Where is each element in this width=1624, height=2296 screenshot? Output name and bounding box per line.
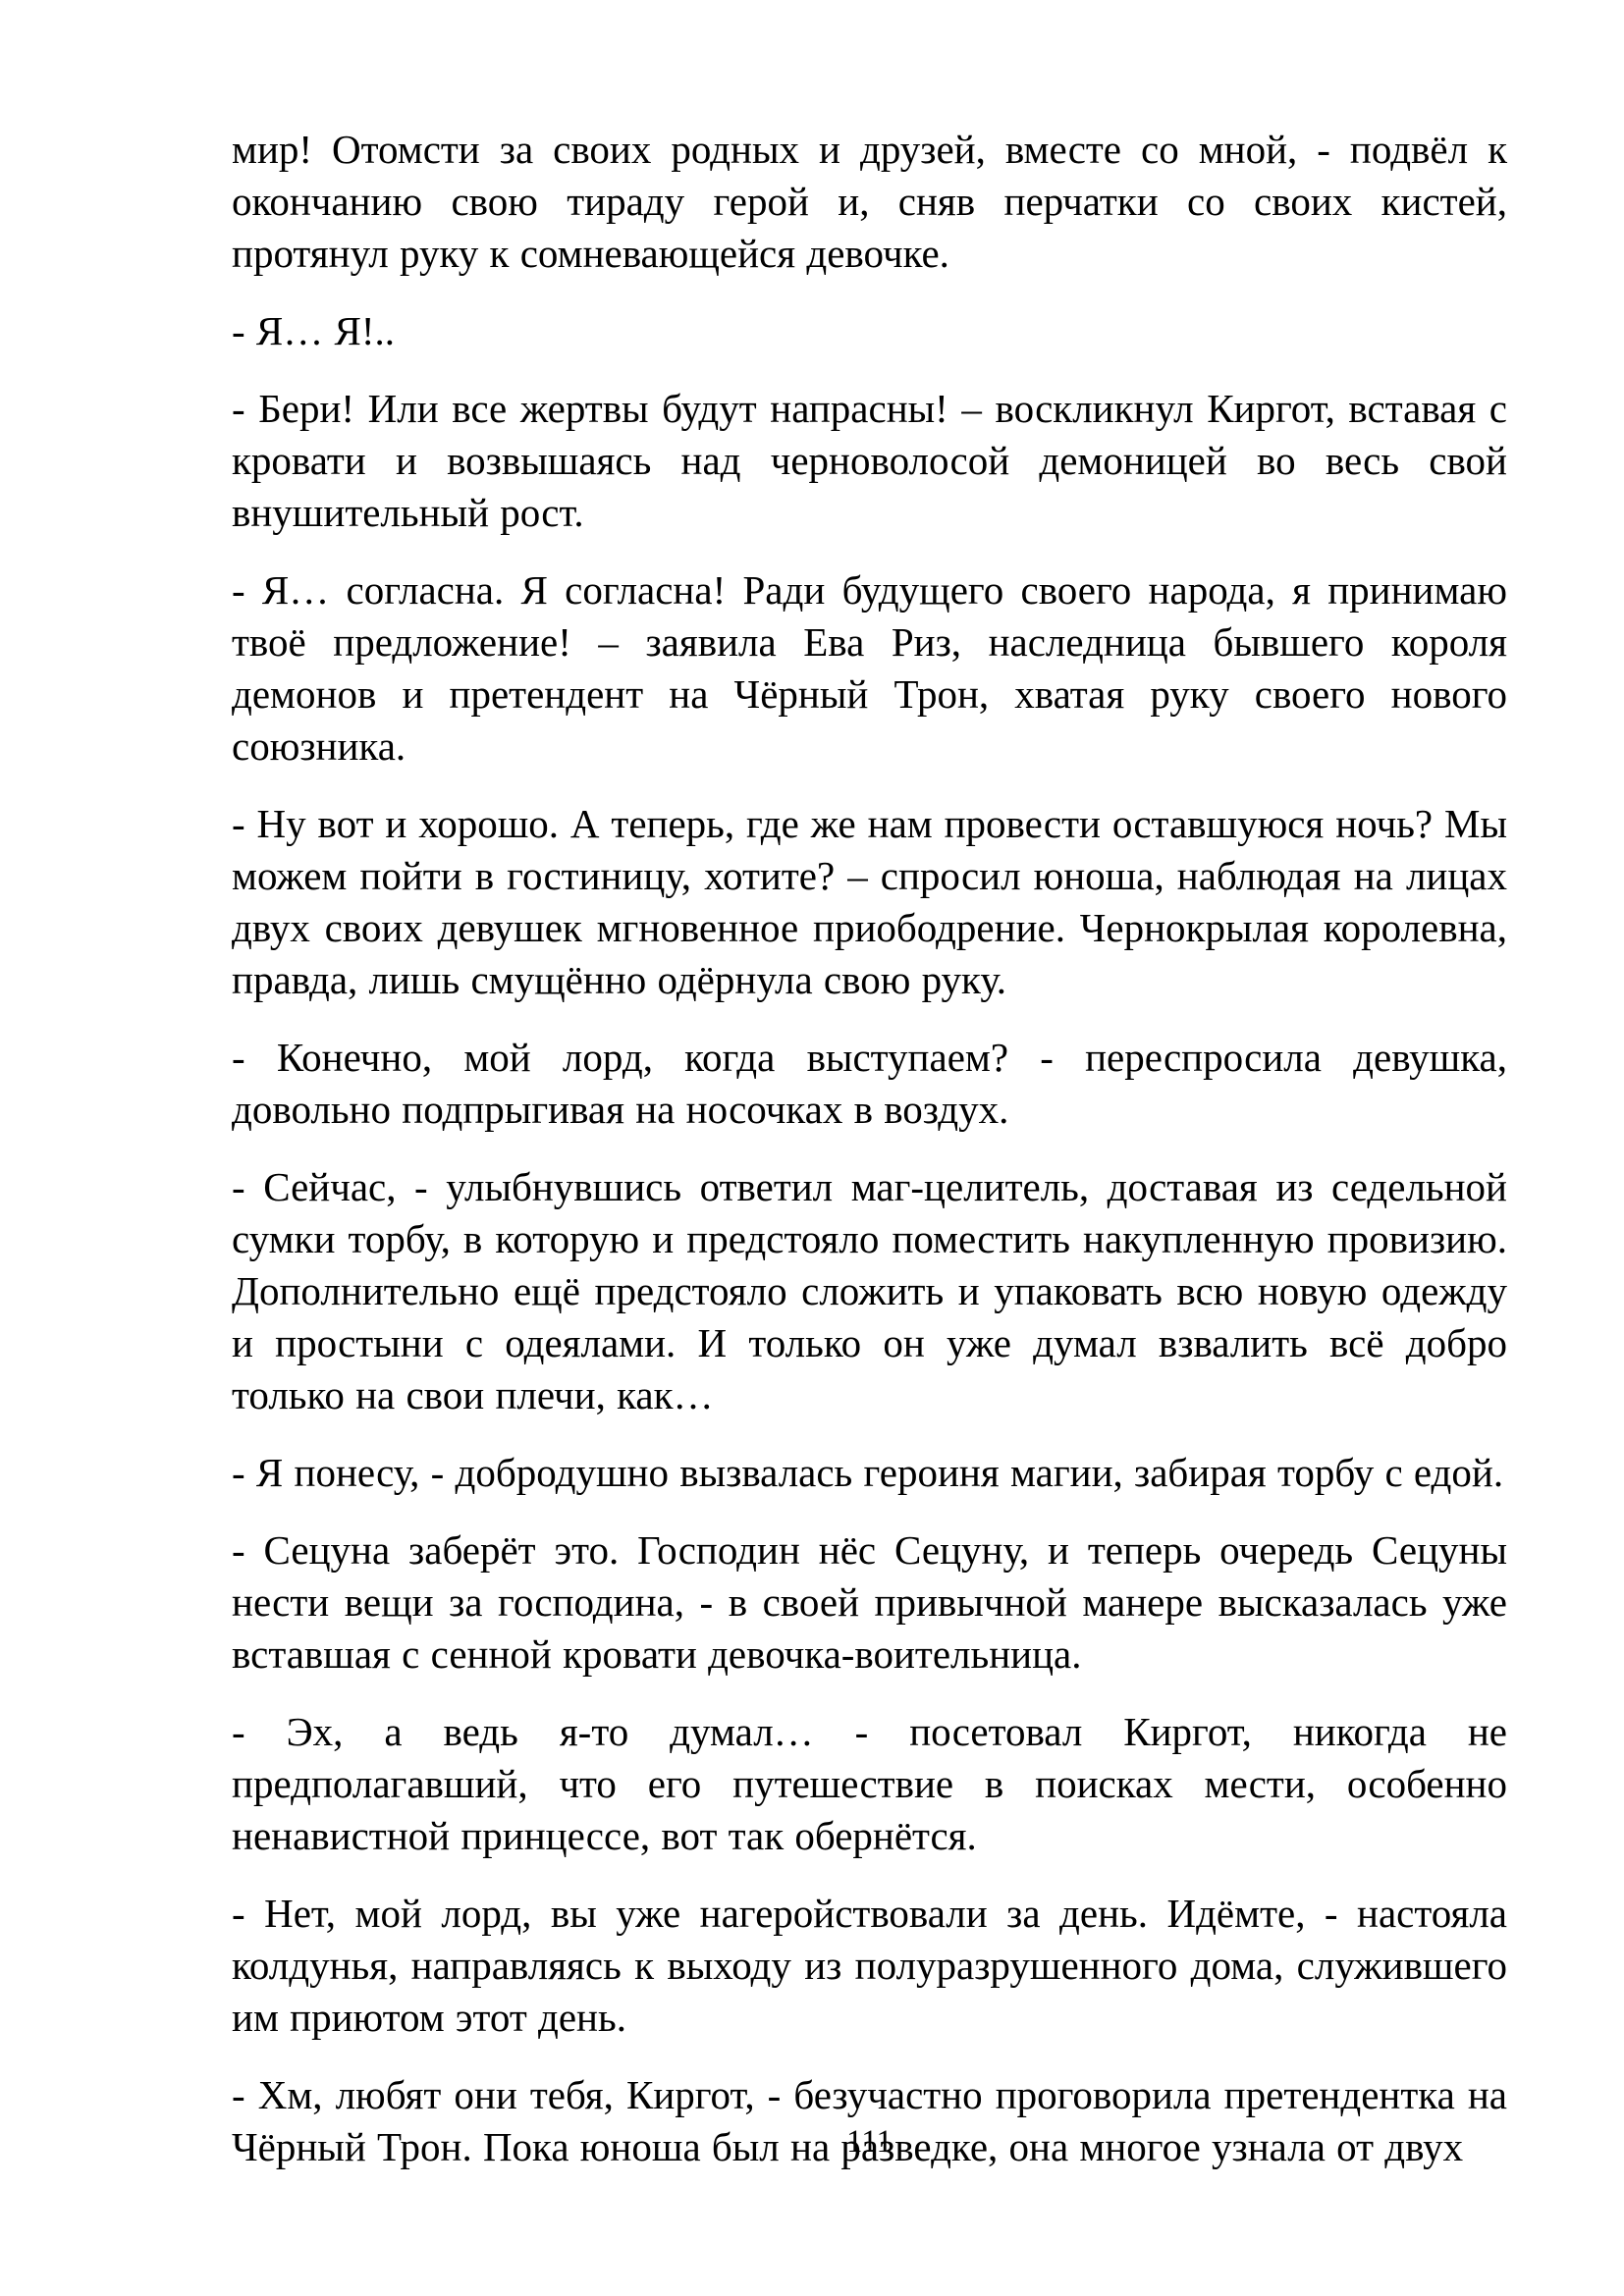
paragraph: мир! Отомсти за своих родных и друзей, в… xyxy=(232,124,1507,280)
book-page: мир! Отомсти за своих родных и друзей, в… xyxy=(0,0,1624,2296)
paragraph: - Я… Я!.. xyxy=(232,305,1507,357)
paragraph: - Я понесу, - добродушно вызвалась герои… xyxy=(232,1447,1507,1499)
paragraph: - Ну вот и хорошо. А теперь, где же нам … xyxy=(232,798,1507,1006)
paragraph: - Я… согласна. Я согласна! Ради будущего… xyxy=(232,564,1507,773)
page-number: 111 xyxy=(232,2122,1507,2162)
paragraph: - Нет, мой лорд, вы уже нагеройствовали … xyxy=(232,1888,1507,2044)
paragraph: - Эх, а ведь я-то думал… - посетовал Кир… xyxy=(232,1706,1507,1862)
paragraph: - Сецуна заберёт это. Господин нёс Сецун… xyxy=(232,1524,1507,1681)
paragraph: - Бери! Или все жертвы будут напрасны! –… xyxy=(232,383,1507,539)
paragraph: - Сейчас, - улыбнувшись ответил маг-цели… xyxy=(232,1161,1507,1421)
paragraph: - Конечно, мой лорд, когда выступаем? - … xyxy=(232,1032,1507,1136)
